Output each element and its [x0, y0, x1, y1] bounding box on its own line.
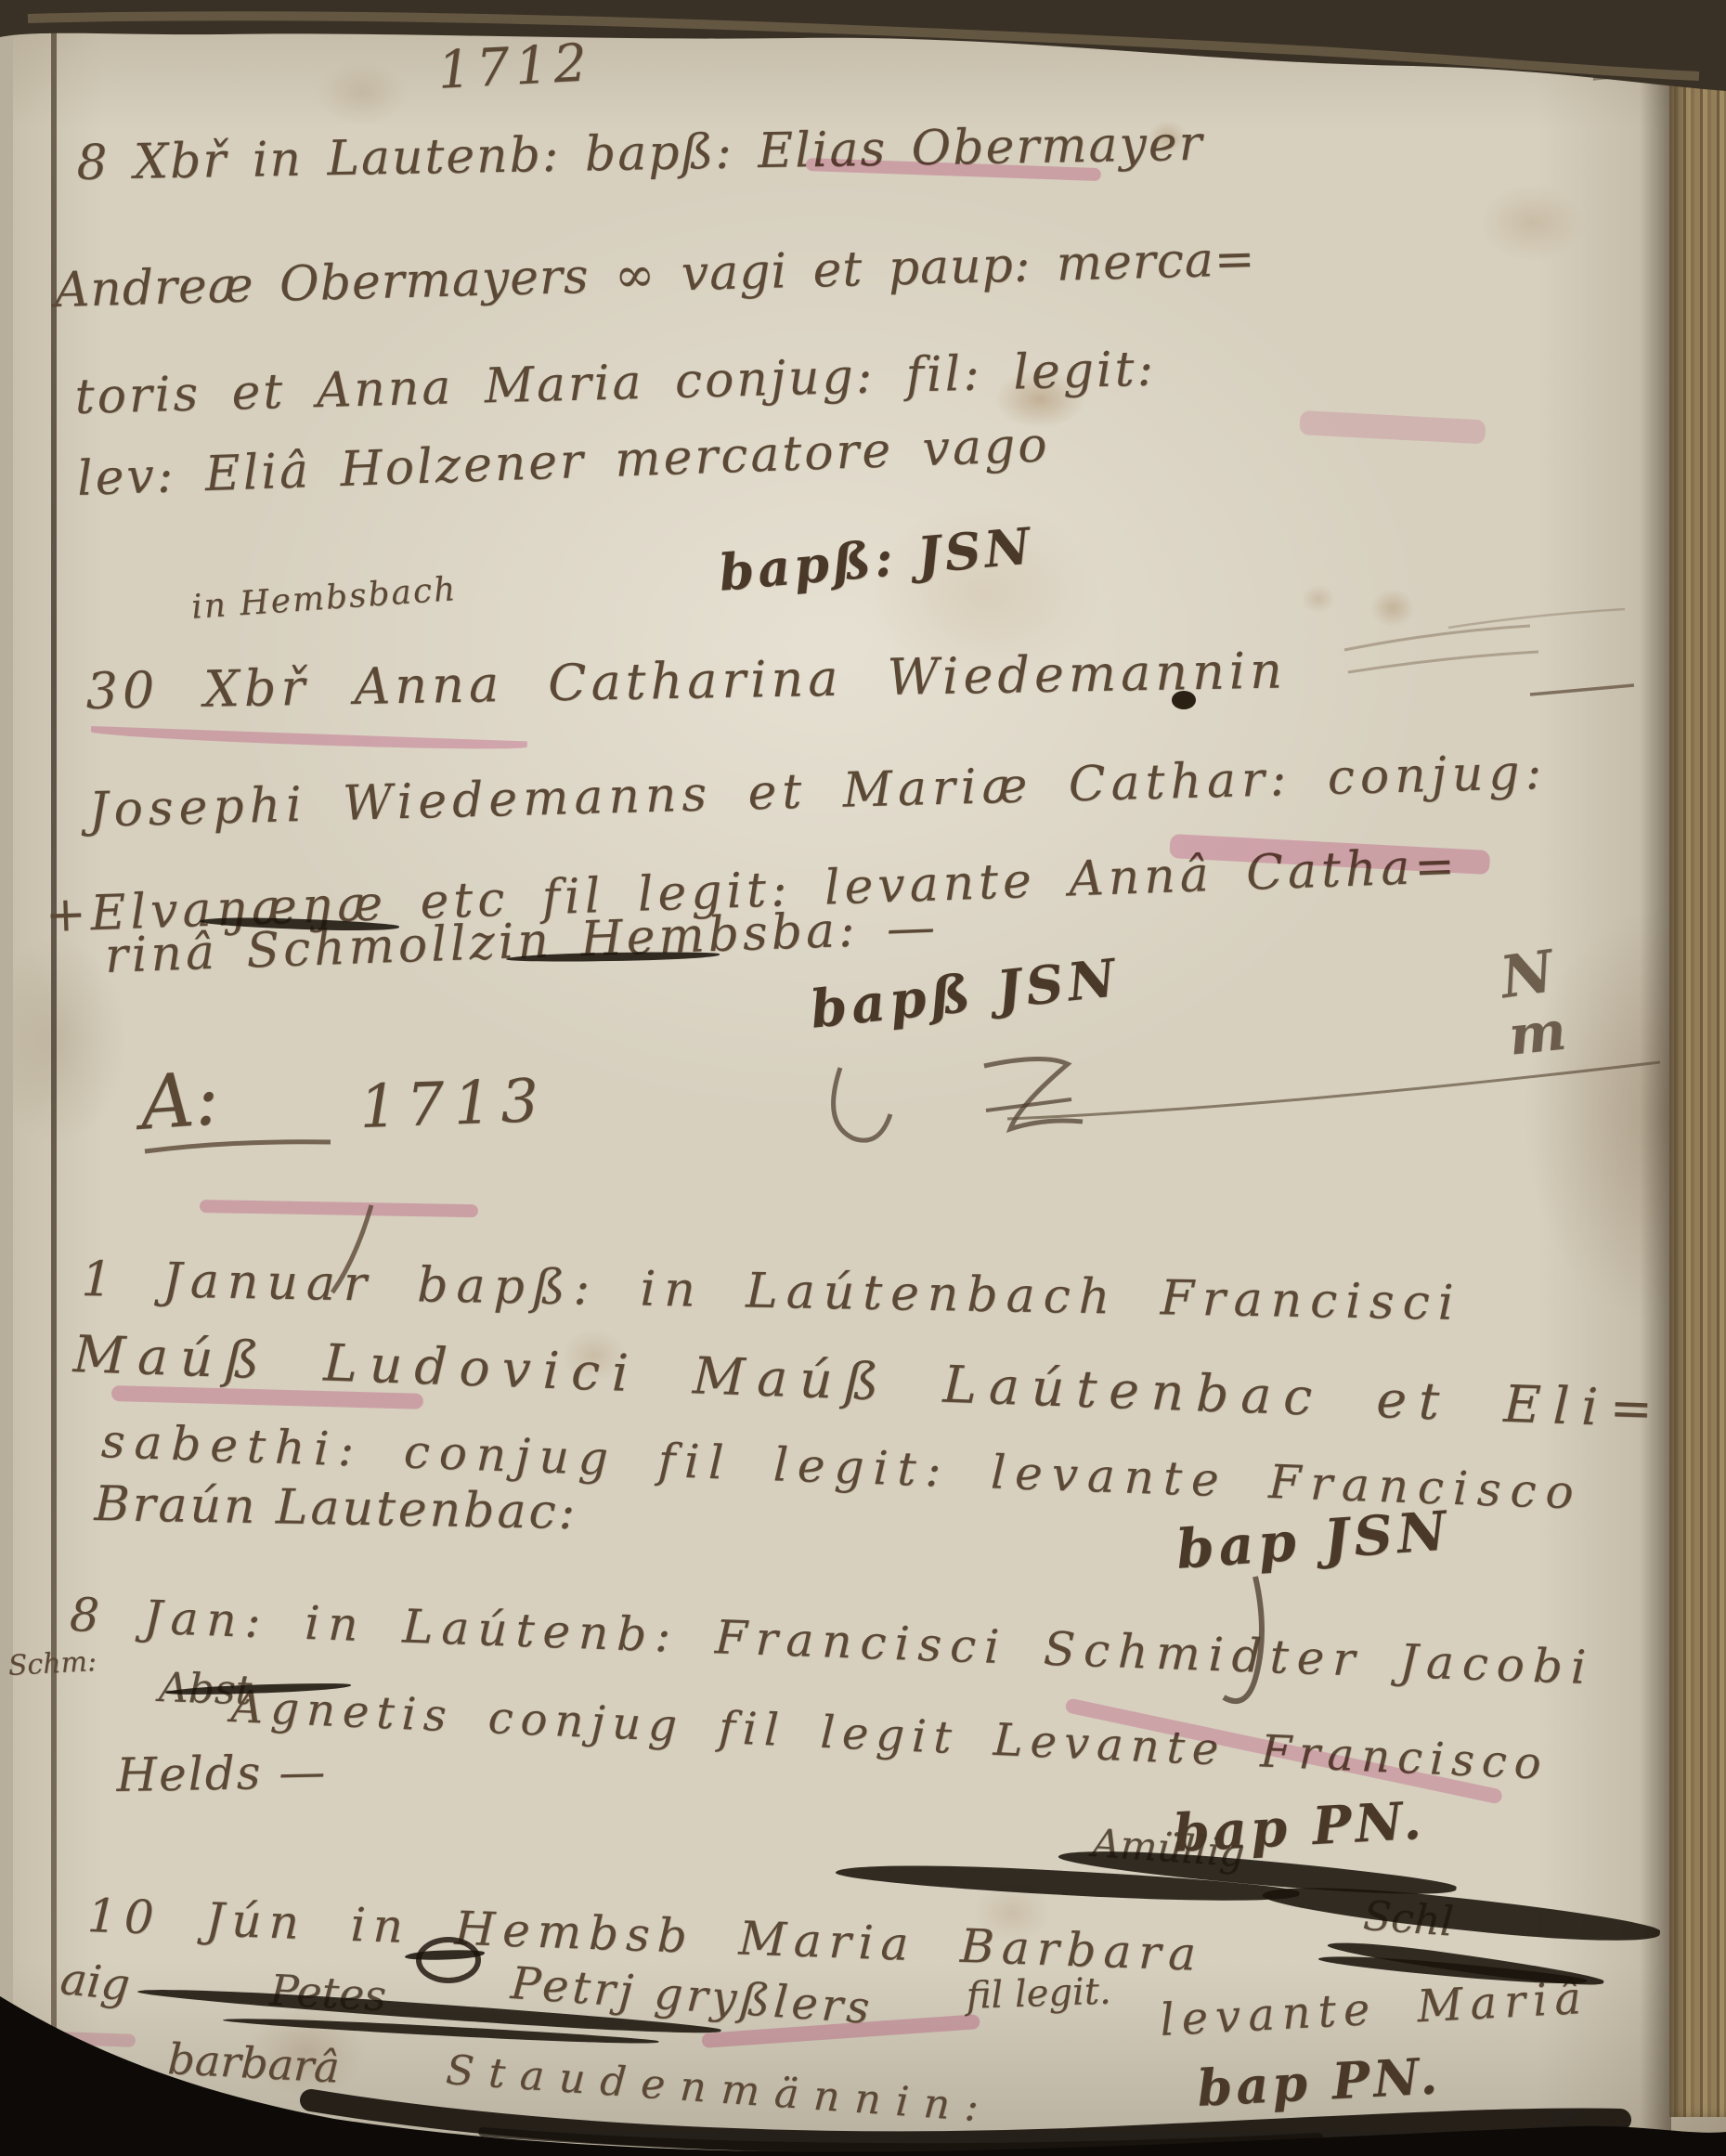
year-heading-1713: 1713	[358, 1069, 549, 1140]
register-entry-line: aig	[58, 1955, 132, 2010]
register-page-scan: 251 1712 8 Xbř in Lautenb: bapß: Elias O…	[0, 0, 1726, 2156]
year-heading-prefix: A:	[137, 1058, 222, 1145]
aged-paper-background	[0, 0, 1726, 2156]
left-page-edge	[0, 0, 13, 2156]
page-number: 251	[1590, 39, 1668, 89]
register-entry-line: fil legit.	[966, 1971, 1111, 2017]
ink-circle-mark	[416, 1937, 481, 1983]
book-page-stack-edge	[1669, 54, 1726, 2117]
register-entry-line: Helds —	[116, 1747, 328, 1801]
page-gutter-shadow	[1640, 0, 1671, 2156]
ink-blot	[1172, 691, 1196, 709]
left-fold-line	[51, 0, 57, 2156]
margin-note: Schm:	[7, 1646, 97, 1682]
pen-flourish: m	[1506, 1002, 1569, 1067]
baptism-signature: bap PN.	[1196, 2048, 1442, 2116]
register-entry-line: barbarâ	[166, 2035, 341, 2091]
register-entry-line: Braún Lautenbac:	[94, 1478, 578, 1539]
year-heading-1712: 1712	[436, 34, 594, 99]
